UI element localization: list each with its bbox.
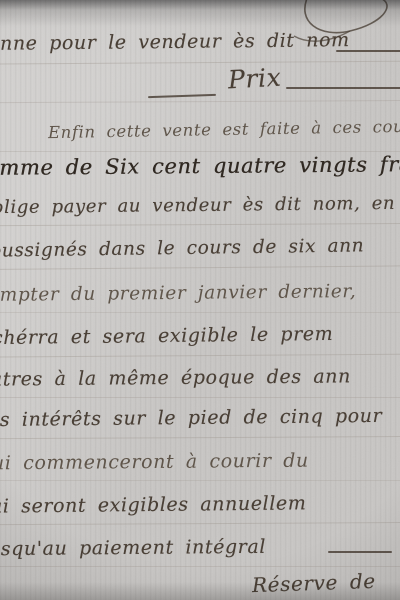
manuscript-line: utres à la même époque des ann (0, 367, 351, 389)
manuscript-line: ui commenceront à courir du (0, 452, 309, 474)
manuscript-line: es intérêts sur le pied de cinq pour (0, 407, 382, 430)
manuscript-line: ompter du premier janvier dernier, (0, 283, 356, 305)
manuscript-line: usqu'au paiement intégral (0, 538, 266, 559)
manuscript-line: chérra et sera exigible le prem (0, 325, 333, 348)
manuscript-line: blige payer au vendeur ès dit nom, en (0, 195, 395, 217)
manuscript-photo: onne pour le vendeur ès dit nom Prix Enf… (0, 0, 400, 600)
manuscript-line: Réserve de (252, 571, 376, 595)
manuscript-line: omme de Six cent quatre vingts fran (0, 154, 400, 179)
manuscript-heading: Prix (227, 65, 282, 93)
manuscript-line: ui seront exigibles annuellem (0, 494, 307, 516)
heading-tail-rule (286, 87, 400, 89)
fill-dash (336, 50, 400, 52)
fill-dash (328, 551, 392, 553)
manuscript-line: onne pour le vendeur ès dit nom (0, 31, 350, 54)
